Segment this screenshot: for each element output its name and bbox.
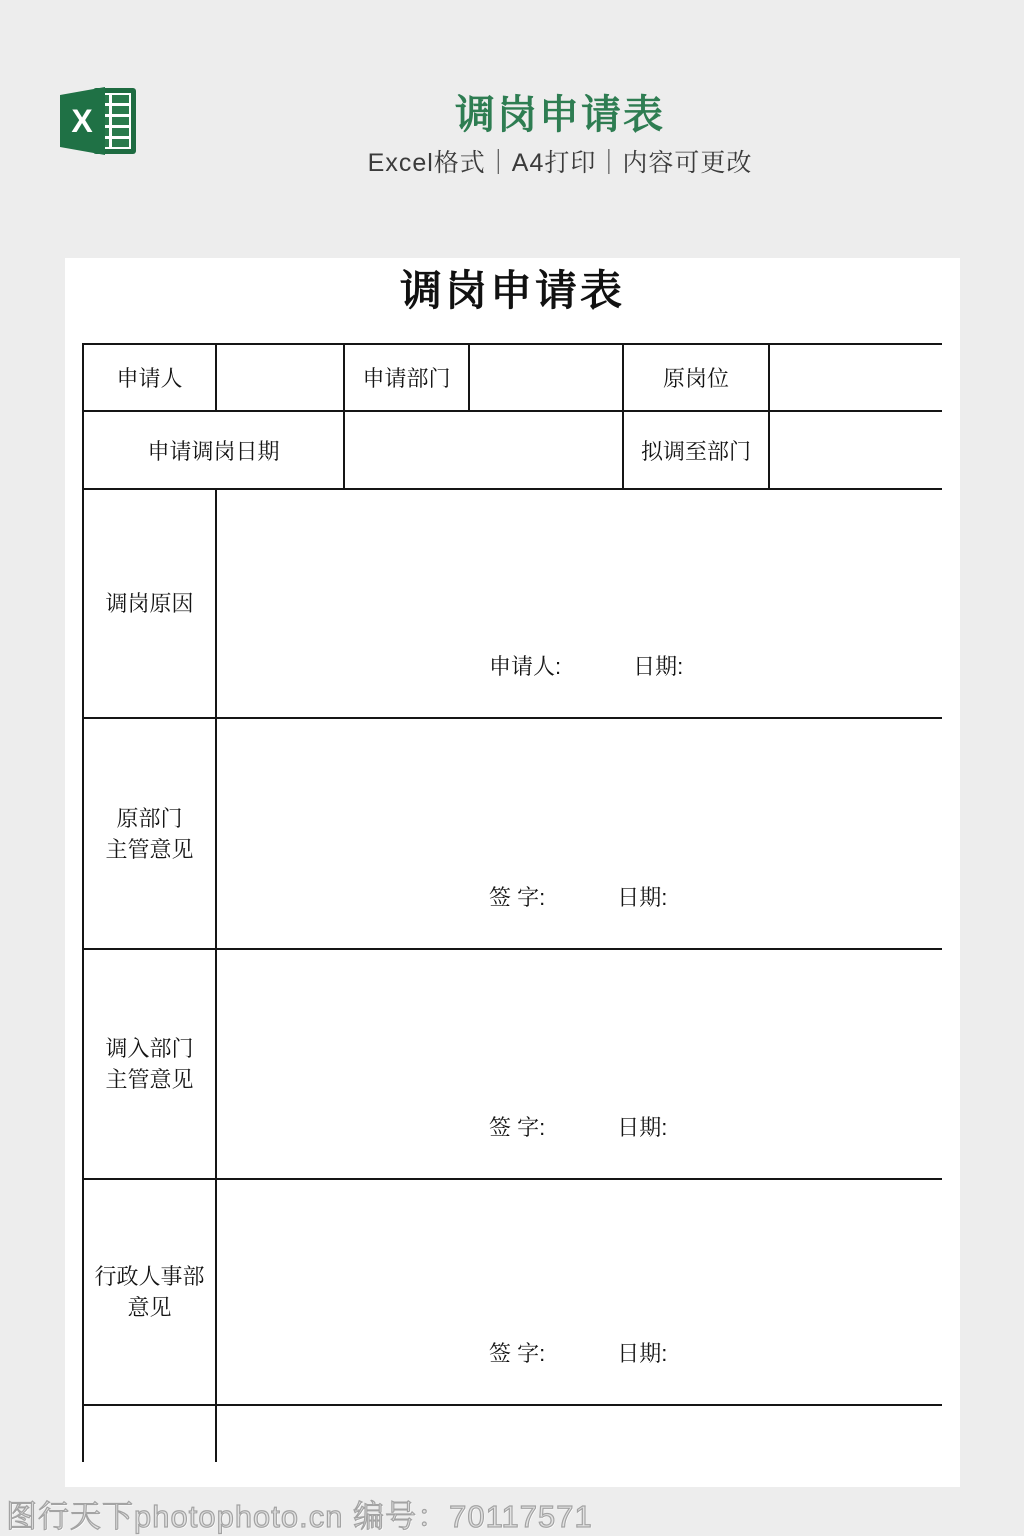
signer-label: 申请人: [489,650,561,681]
field-label-applicant: 申请人 [83,344,216,411]
sign-line: 签 字: 日期: [489,1111,667,1142]
header: X 调岗申请表 Excel格式｜A4打印｜内容可更改 [0,0,1024,258]
field-label-target-department: 拟调至部门 [623,411,769,489]
watermark-text: 图行天下photophoto.cn 编号：70117571 [6,1491,593,1536]
hr-admin-opinion-content-cell: 签 字: 日期: [216,1179,942,1405]
original-dept-opinion-content-cell: 签 字: 日期: [216,718,942,949]
target-department-value-cell [769,411,942,489]
form-table: 申请人 申请部门 原岗位 申请调岗日期 拟调至部门 [82,343,942,1462]
svg-text:X: X [71,103,93,139]
page: X 调岗申请表 Excel格式｜A4打印｜内容可更改 调岗申请表 申请人 申请部… [0,0,1024,1536]
section-label-new-dept-supervisor-opinion: 调入部门主管意见 [83,949,216,1179]
section-label-hr-admin-opinion: 行政人事部意见 [83,1179,216,1405]
table-row: 调入部门主管意见 签 字: 日期: [83,949,942,1179]
applicant-value-cell [216,344,344,411]
signer-label: 签 字: [489,1337,545,1368]
sign-line: 签 字: 日期: [489,1337,667,1368]
date-label: 日期: [633,650,683,681]
field-label-transfer-date: 申请调岗日期 [83,411,344,489]
transfer-date-value-cell [344,411,623,489]
watermark-bar: 图行天下photophoto.cn 编号：70117571 [0,1487,1024,1536]
field-label-application-department: 申请部门 [344,344,469,411]
signer-label: 签 字: [489,1111,545,1142]
page-title: 调岗申请表 [96,0,1024,138]
date-label: 日期: [617,881,667,912]
form-table-clip: 申请人 申请部门 原岗位 申请调岗日期 拟调至部门 [82,343,942,1462]
page-subtitle: Excel格式｜A4打印｜内容可更改 [96,148,1024,178]
section-label-transfer-reason: 调岗原因 [83,489,216,718]
transfer-reason-content-cell: 申请人: 日期: [216,489,942,718]
form-title: 调岗申请表 [65,266,960,316]
table-row: 行政人事部意见 签 字: 日期: [83,1179,942,1405]
date-label: 日期: [617,1337,667,1368]
date-label: 日期: [617,1111,667,1142]
table-row: 原部门主管意见 签 字: 日期: [83,718,942,949]
section-label-original-dept-supervisor-opinion: 原部门主管意见 [83,718,216,949]
table-row: 申请调岗日期 拟调至部门 [83,411,942,489]
field-label-original-position: 原岗位 [623,344,769,411]
table-row: 调岗原因 申请人: 日期: [83,489,942,718]
truncated-content-cell [216,1405,942,1462]
table-row [83,1405,942,1462]
new-dept-opinion-content-cell: 签 字: 日期: [216,949,942,1179]
signer-label: 签 字: [489,881,545,912]
truncated-label-cell [83,1405,216,1462]
original-position-value-cell [769,344,942,411]
header-text: 调岗申请表 Excel格式｜A4打印｜内容可更改 [96,0,1024,178]
table-row: 申请人 申请部门 原岗位 [83,344,942,411]
sign-line: 签 字: 日期: [489,881,667,912]
sign-line: 申请人: 日期: [489,650,683,681]
document-preview: 调岗申请表 申请人 申请部门 原岗位 [65,258,960,1487]
application-department-value-cell [469,344,623,411]
